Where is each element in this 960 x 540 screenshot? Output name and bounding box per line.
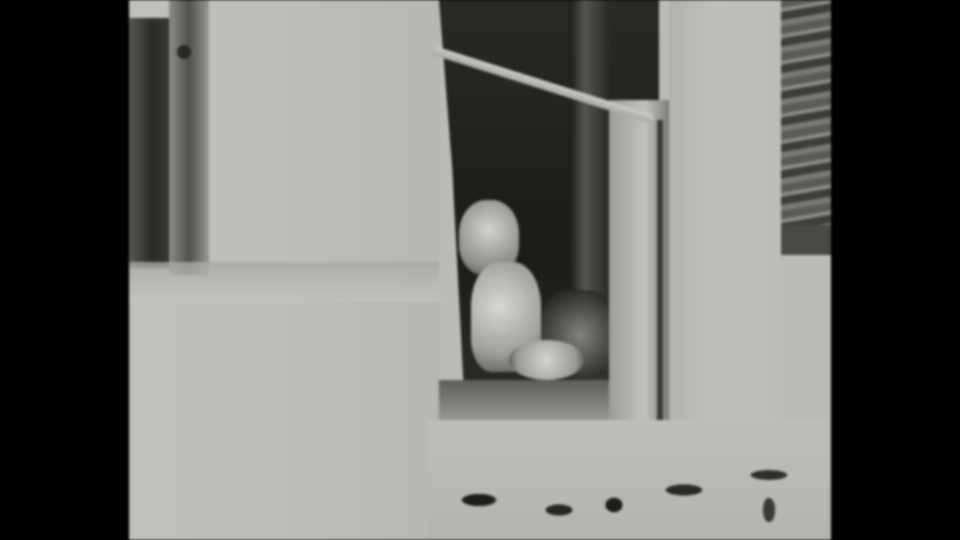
video-frame <box>129 0 831 540</box>
film-grain <box>129 0 831 540</box>
